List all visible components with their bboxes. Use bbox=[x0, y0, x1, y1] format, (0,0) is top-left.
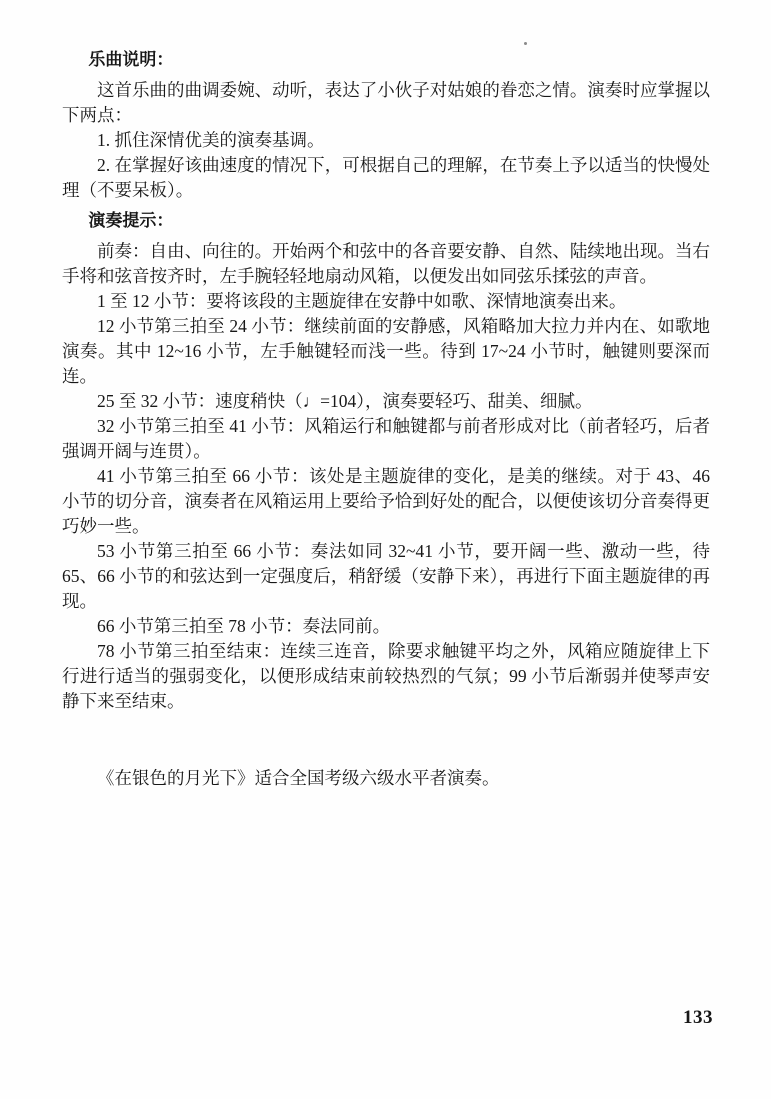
document-body: 乐曲说明： 这首乐曲的曲调委婉、动听，表达了小伙子对姑娘的眷恋之情。演奏时应掌握… bbox=[62, 42, 710, 791]
page-number: 133 bbox=[683, 1007, 713, 1029]
paragraph: 前奏：自由、向往的。开始两个和弦中的各音要安静、自然、陆续地出现。当右手将和弦音… bbox=[62, 239, 710, 289]
paragraph: 2. 在掌握好该曲速度的情况下，可根据自己的理解，在节奏上予以适当的快慢处理（不… bbox=[62, 153, 710, 203]
paragraph: 1 至 12 小节：要将该段的主题旋律在安静中如歌、深情地演奏出来。 bbox=[62, 289, 710, 314]
section-heading-performance-tips: 演奏提示： bbox=[62, 208, 710, 233]
paragraph: 78 小节第三拍至结束：连续三连音，除要求触键平均之外，风箱应随旋律上下行进行适… bbox=[62, 639, 710, 714]
document-page: 乐曲说明： 这首乐曲的曲调委婉、动听，表达了小伙子对姑娘的眷恋之情。演奏时应掌握… bbox=[0, 0, 771, 1099]
paragraph: 53 小节第三拍至 66 小节：奏法如同 32~41 小节，要开阔一些、激动一些… bbox=[62, 539, 710, 614]
section-heading-music-notes: 乐曲说明： bbox=[62, 47, 710, 72]
paragraph: 41 小节第三拍至 66 小节：该处是主题旋律的变化，是美的继续。对于 43、4… bbox=[62, 464, 710, 539]
paragraph: 25 至 32 小节：速度稍快（♩=104），演奏要轻巧、甜美、细腻。 bbox=[62, 389, 710, 414]
paragraph: 这首乐曲的曲调委婉、动听，表达了小伙子对姑娘的眷恋之情。演奏时应掌握以下两点： bbox=[62, 78, 710, 128]
paragraph: 66 小节第三拍至 78 小节：奏法同前。 bbox=[62, 614, 710, 639]
paragraph: 12 小节第三拍至 24 小节：继续前面的安静感，风箱略加大拉力并内在、如歌地演… bbox=[62, 314, 710, 389]
closing-paragraph: 《在银色的月光下》适合全国考级六级水平者演奏。 bbox=[62, 766, 710, 791]
paragraph: 32 小节第三拍至 41 小节：风箱运行和触键都与前者形成对比（前者轻巧，后者强… bbox=[62, 414, 710, 464]
paragraph: 1. 抓住深情优美的演奏基调。 bbox=[62, 128, 710, 153]
